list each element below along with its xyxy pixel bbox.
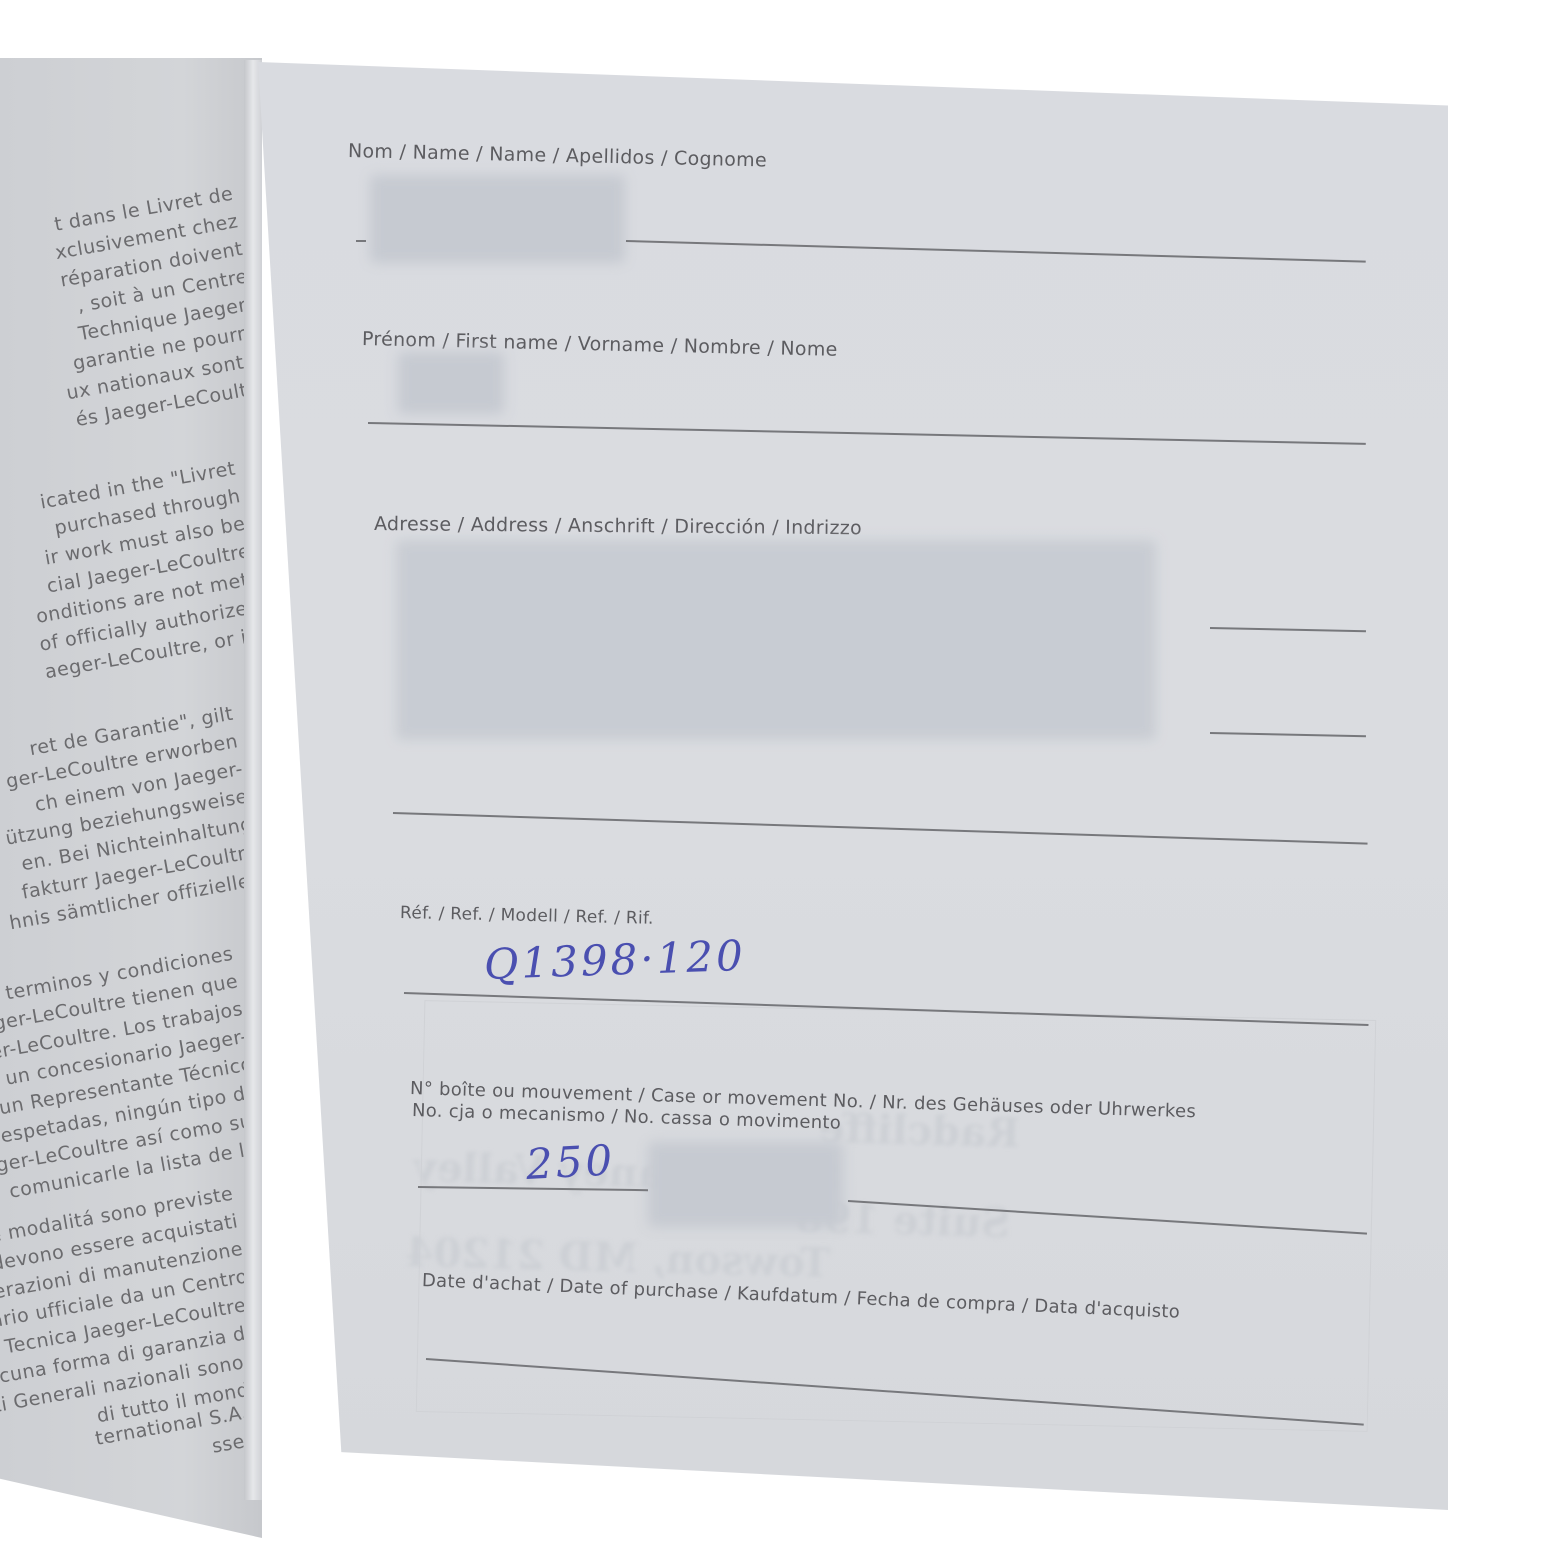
redacted-firstname bbox=[398, 352, 504, 414]
booklet-spine bbox=[244, 60, 262, 1500]
reference-handwritten-value[interactable]: Q1398·120 bbox=[483, 931, 746, 989]
address-label: Adresse / Address / Anschrift / Direcció… bbox=[374, 513, 862, 539]
case-number-handwritten-value[interactable]: 250 bbox=[525, 1135, 617, 1189]
terms-english: icated in the "Livretpurchased throughir… bbox=[0, 454, 262, 716]
redacted-case-number bbox=[648, 1142, 843, 1227]
redacted-surname bbox=[370, 175, 625, 263]
redacted-address-block bbox=[396, 540, 1156, 740]
warranty-terms-page: t dans le Livret dexclusivement chezrépa… bbox=[0, 58, 262, 1538]
terms-french: t dans le Livret dexclusivement chezrépa… bbox=[0, 180, 262, 470]
surname-field-line[interactable] bbox=[356, 240, 366, 242]
